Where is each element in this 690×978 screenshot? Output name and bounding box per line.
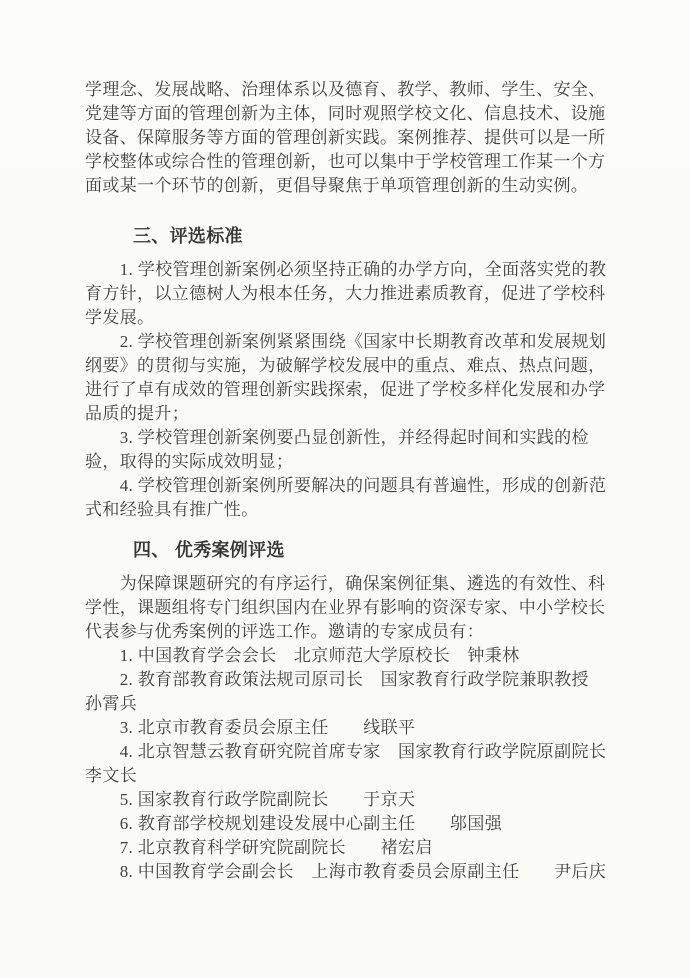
expert-item-5: 5. 国家教育行政学院副院长 于京天 bbox=[85, 788, 643, 812]
expert-item-3: 3. 北京市教育委员会原主任 线联平 bbox=[85, 716, 643, 740]
expert-list: 1. 中国教育学会会长 北京师范大学原校长 钟秉林 2. 教育部教育政策法规司原… bbox=[85, 644, 643, 884]
criteria-paragraph-4: 4. 学校管理创新案例所要解决的问题具有普遍性，形成的创新范 式和经验具有推广性… bbox=[85, 474, 643, 522]
scanned-document-page: 学理念、发展战略、治理体系以及德育、教学、教师、学生、安全、 党建等方面的管理创… bbox=[0, 0, 690, 978]
criteria-paragraph-1: 1. 学校管理创新案例必须坚持正确的办学方向，全面落实党的教 育方针，以立德树人… bbox=[85, 258, 643, 330]
expert-item-4: 4. 北京智慧云教育研究院首席专家 国家教育行政学院原副院长 李文长 bbox=[85, 740, 643, 788]
section-heading-excellent-case-selection: 四、 优秀案例评选 bbox=[85, 538, 643, 562]
document-content: 学理念、发展战略、治理体系以及德育、教学、教师、学生、安全、 党建等方面的管理创… bbox=[85, 78, 643, 884]
expert-item-2: 2. 教育部教育政策法规司原司长 国家教育行政学院兼职教授 孙霄兵 bbox=[85, 668, 643, 716]
expert-item-6: 6. 教育部学校规划建设发展中心副主任 邬国强 bbox=[85, 812, 643, 836]
expert-item-8: 8. 中国教育学会副会长 上海市教育委员会原副主任 尹后庆 bbox=[85, 860, 643, 884]
criteria-paragraph-2: 2. 学校管理创新案例紧紧围绕《国家中长期教育改革和发展规划 纲要》的贯彻与实施… bbox=[85, 330, 643, 426]
case-selection-intro-paragraph: 为保障课题研究的有序运行，确保案例征集、遴选的有效性、科 学性，课题组将专门组织… bbox=[85, 572, 643, 644]
continuation-paragraph: 学理念、发展战略、治理体系以及德育、教学、教师、学生、安全、 党建等方面的管理创… bbox=[85, 78, 643, 198]
criteria-paragraph-3: 3. 学校管理创新案例要凸显创新性，并经得起时间和实践的检 验，取得的实际成效明… bbox=[85, 426, 643, 474]
section-heading-selection-criteria: 三、评选标准 bbox=[85, 224, 643, 248]
expert-item-1: 1. 中国教育学会会长 北京师范大学原校长 钟秉林 bbox=[85, 644, 643, 668]
expert-item-7: 7. 北京教育科学研究院副院长 褚宏启 bbox=[85, 836, 643, 860]
